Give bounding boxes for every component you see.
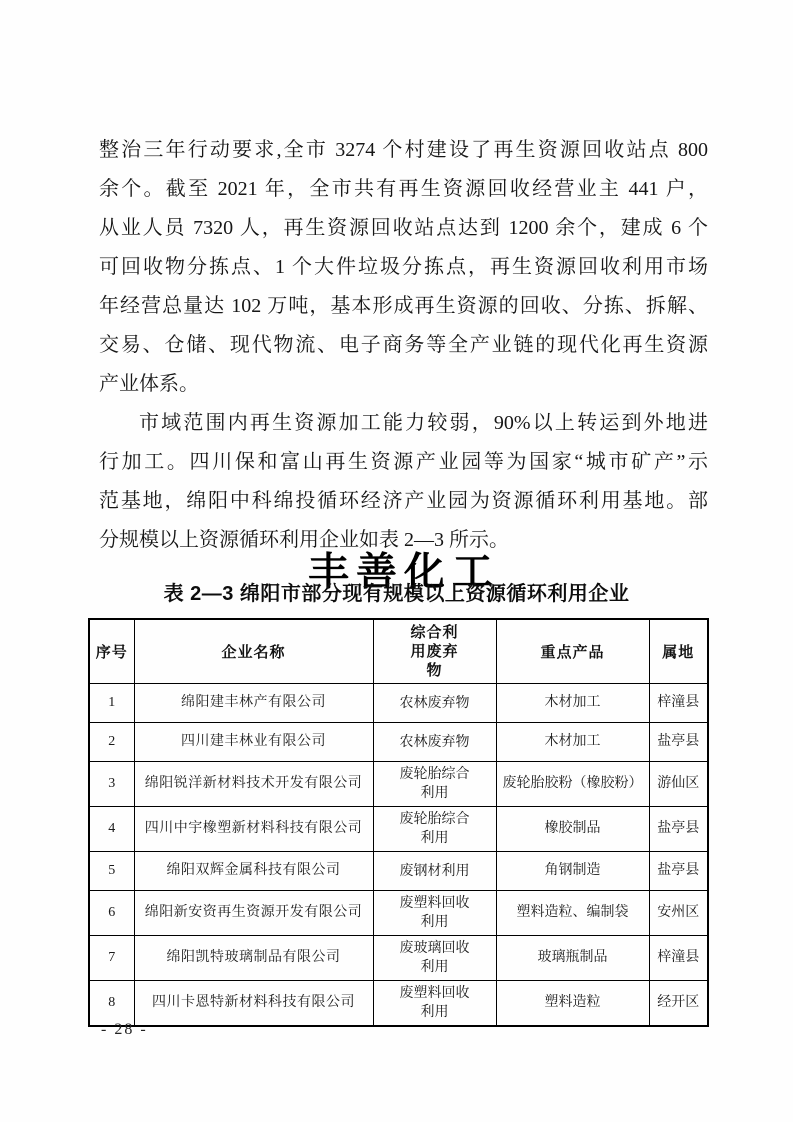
- cell-product: 角钢制造: [496, 852, 649, 891]
- cell-product: 木材加工: [496, 723, 649, 762]
- header-seq: 序号: [89, 619, 134, 684]
- header-waste-label: 综合利用废弃物: [404, 623, 466, 680]
- table-row: 5 绵阳双辉金属科技有限公司 废钢材利用 角钢制造 盐亭县: [89, 852, 708, 891]
- table-row: 2 四川建丰林业有限公司 农林废弃物 木材加工 盐亭县: [89, 723, 708, 762]
- header-waste: 综合利用废弃物: [373, 619, 496, 684]
- paragraph1-line: 整治三年行动要求,全市 3274 个村建设了再生资源回收站点 800: [99, 131, 708, 170]
- cell-waste-text: 废轮胎综合利用: [398, 765, 472, 803]
- cell-location: 盐亭县: [649, 723, 708, 762]
- body-text: 整治三年行动要求,全市 3274 个村建设了再生资源回收站点 800 余个。截至…: [99, 131, 708, 560]
- cell-waste: 废钢材利用: [373, 852, 496, 891]
- cell-waste-text: 农林废弃物: [400, 694, 470, 713]
- cell-company: 四川中宇橡塑新材料科技有限公司: [134, 807, 373, 852]
- table-row: 8 四川卡恩特新材料科技有限公司 废塑料回收利用 塑料造粒 经开区: [89, 981, 708, 1027]
- cell-company: 绵阳双辉金属科技有限公司: [134, 852, 373, 891]
- cell-location: 经开区: [649, 981, 708, 1027]
- cell-product: 废轮胎胶粉（橡胶粉）: [496, 762, 649, 807]
- table-row: 6 绵阳新安资再生资源开发有限公司 废塑料回收利用 塑料造粒、编制袋 安州区: [89, 891, 708, 936]
- cell-waste-text: 废塑料回收利用: [398, 894, 472, 932]
- cell-waste: 废玻璃回收利用: [373, 936, 496, 981]
- document-page: 整治三年行动要求,全市 3274 个村建设了再生资源回收站点 800 余个。截至…: [0, 0, 793, 1122]
- cell-seq: 3: [89, 762, 134, 807]
- cell-waste: 废塑料回收利用: [373, 891, 496, 936]
- cell-waste: 农林废弃物: [373, 684, 496, 723]
- cell-company: 绵阳建丰林产有限公司: [134, 684, 373, 723]
- table-row: 4 四川中宇橡塑新材料科技有限公司 废轮胎综合利用 橡胶制品 盐亭县: [89, 807, 708, 852]
- cell-waste-text: 废塑料回收利用: [398, 984, 472, 1022]
- cell-product: 玻璃瓶制品: [496, 936, 649, 981]
- cell-waste: 废轮胎综合利用: [373, 807, 496, 852]
- header-location: 属地: [649, 619, 708, 684]
- paragraph1-line: 交易、仓储、现代物流、电子商务等全产业链的现代化再生资源: [99, 326, 708, 365]
- cell-product: 塑料造粒: [496, 981, 649, 1027]
- paragraph1-line: 可回收物分拣点、1 个大件垃圾分拣点，再生资源回收利用市场: [99, 248, 708, 287]
- page-number: - 28 -: [101, 1021, 148, 1039]
- paragraph2-line: 范基地，绵阳中科绵投循环经济产业园为资源循环利用基地。部: [99, 482, 708, 521]
- table-title: 表 2—3 绵阳市部分现有规模以上资源循环利用企业: [0, 577, 793, 606]
- cell-waste: 农林废弃物: [373, 723, 496, 762]
- header-company: 企业名称: [134, 619, 373, 684]
- cell-waste-text: 废钢材利用: [400, 862, 470, 881]
- cell-seq: 5: [89, 852, 134, 891]
- cell-seq: 6: [89, 891, 134, 936]
- cell-location: 梓潼县: [649, 684, 708, 723]
- cell-company: 四川卡恩特新材料科技有限公司: [134, 981, 373, 1027]
- cell-location: 游仙区: [649, 762, 708, 807]
- cell-seq: 7: [89, 936, 134, 981]
- cell-product: 木材加工: [496, 684, 649, 723]
- enterprises-table: 序号 企业名称 综合利用废弃物 重点产品 属地 1 绵阳建丰林产有限公司 农林废…: [88, 618, 709, 1027]
- cell-waste: 废轮胎综合利用: [373, 762, 496, 807]
- cell-waste-text: 农林废弃物: [400, 733, 470, 752]
- cell-company: 绵阳凯特玻璃制品有限公司: [134, 936, 373, 981]
- table-row: 7 绵阳凯特玻璃制品有限公司 废玻璃回收利用 玻璃瓶制品 梓潼县: [89, 936, 708, 981]
- table-row: 1 绵阳建丰林产有限公司 农林废弃物 木材加工 梓潼县: [89, 684, 708, 723]
- header-product: 重点产品: [496, 619, 649, 684]
- cell-seq: 4: [89, 807, 134, 852]
- table-row: 3 绵阳锐洋新材料技术开发有限公司 废轮胎综合利用 废轮胎胶粉（橡胶粉） 游仙区: [89, 762, 708, 807]
- paragraph1-line: 余个。截至 2021 年，全市共有再生资源回收经营业主 441 户，: [99, 170, 708, 209]
- cell-location: 盐亭县: [649, 807, 708, 852]
- cell-company: 绵阳锐洋新材料技术开发有限公司: [134, 762, 373, 807]
- cell-company: 绵阳新安资再生资源开发有限公司: [134, 891, 373, 936]
- cell-waste-text: 废轮胎综合利用: [398, 810, 472, 848]
- table-header-row: 序号 企业名称 综合利用废弃物 重点产品 属地: [89, 619, 708, 684]
- cell-waste-text: 废玻璃回收利用: [398, 939, 472, 977]
- cell-location: 梓潼县: [649, 936, 708, 981]
- cell-seq: 2: [89, 723, 134, 762]
- paragraph2-line: 市域范围内再生资源加工能力较弱，90%以上转运到外地进: [99, 404, 708, 443]
- cell-seq: 8: [89, 981, 134, 1027]
- cell-waste: 废塑料回收利用: [373, 981, 496, 1027]
- cell-location: 安州区: [649, 891, 708, 936]
- cell-location: 盐亭县: [649, 852, 708, 891]
- cell-company: 四川建丰林业有限公司: [134, 723, 373, 762]
- paragraph1-line: 产业体系。: [99, 365, 708, 404]
- paragraph1-line: 年经营总量达 102 万吨，基本形成再生资源的回收、分拣、拆解、: [99, 287, 708, 326]
- paragraph2-line: 行加工。四川保和富山再生资源产业园等为国家“城市矿产”示: [99, 443, 708, 482]
- cell-product: 橡胶制品: [496, 807, 649, 852]
- paragraph1-line: 从业人员 7320 人，再生资源回收站点达到 1200 余个，建成 6 个: [99, 209, 708, 248]
- cell-product: 塑料造粒、编制袋: [496, 891, 649, 936]
- cell-seq: 1: [89, 684, 134, 723]
